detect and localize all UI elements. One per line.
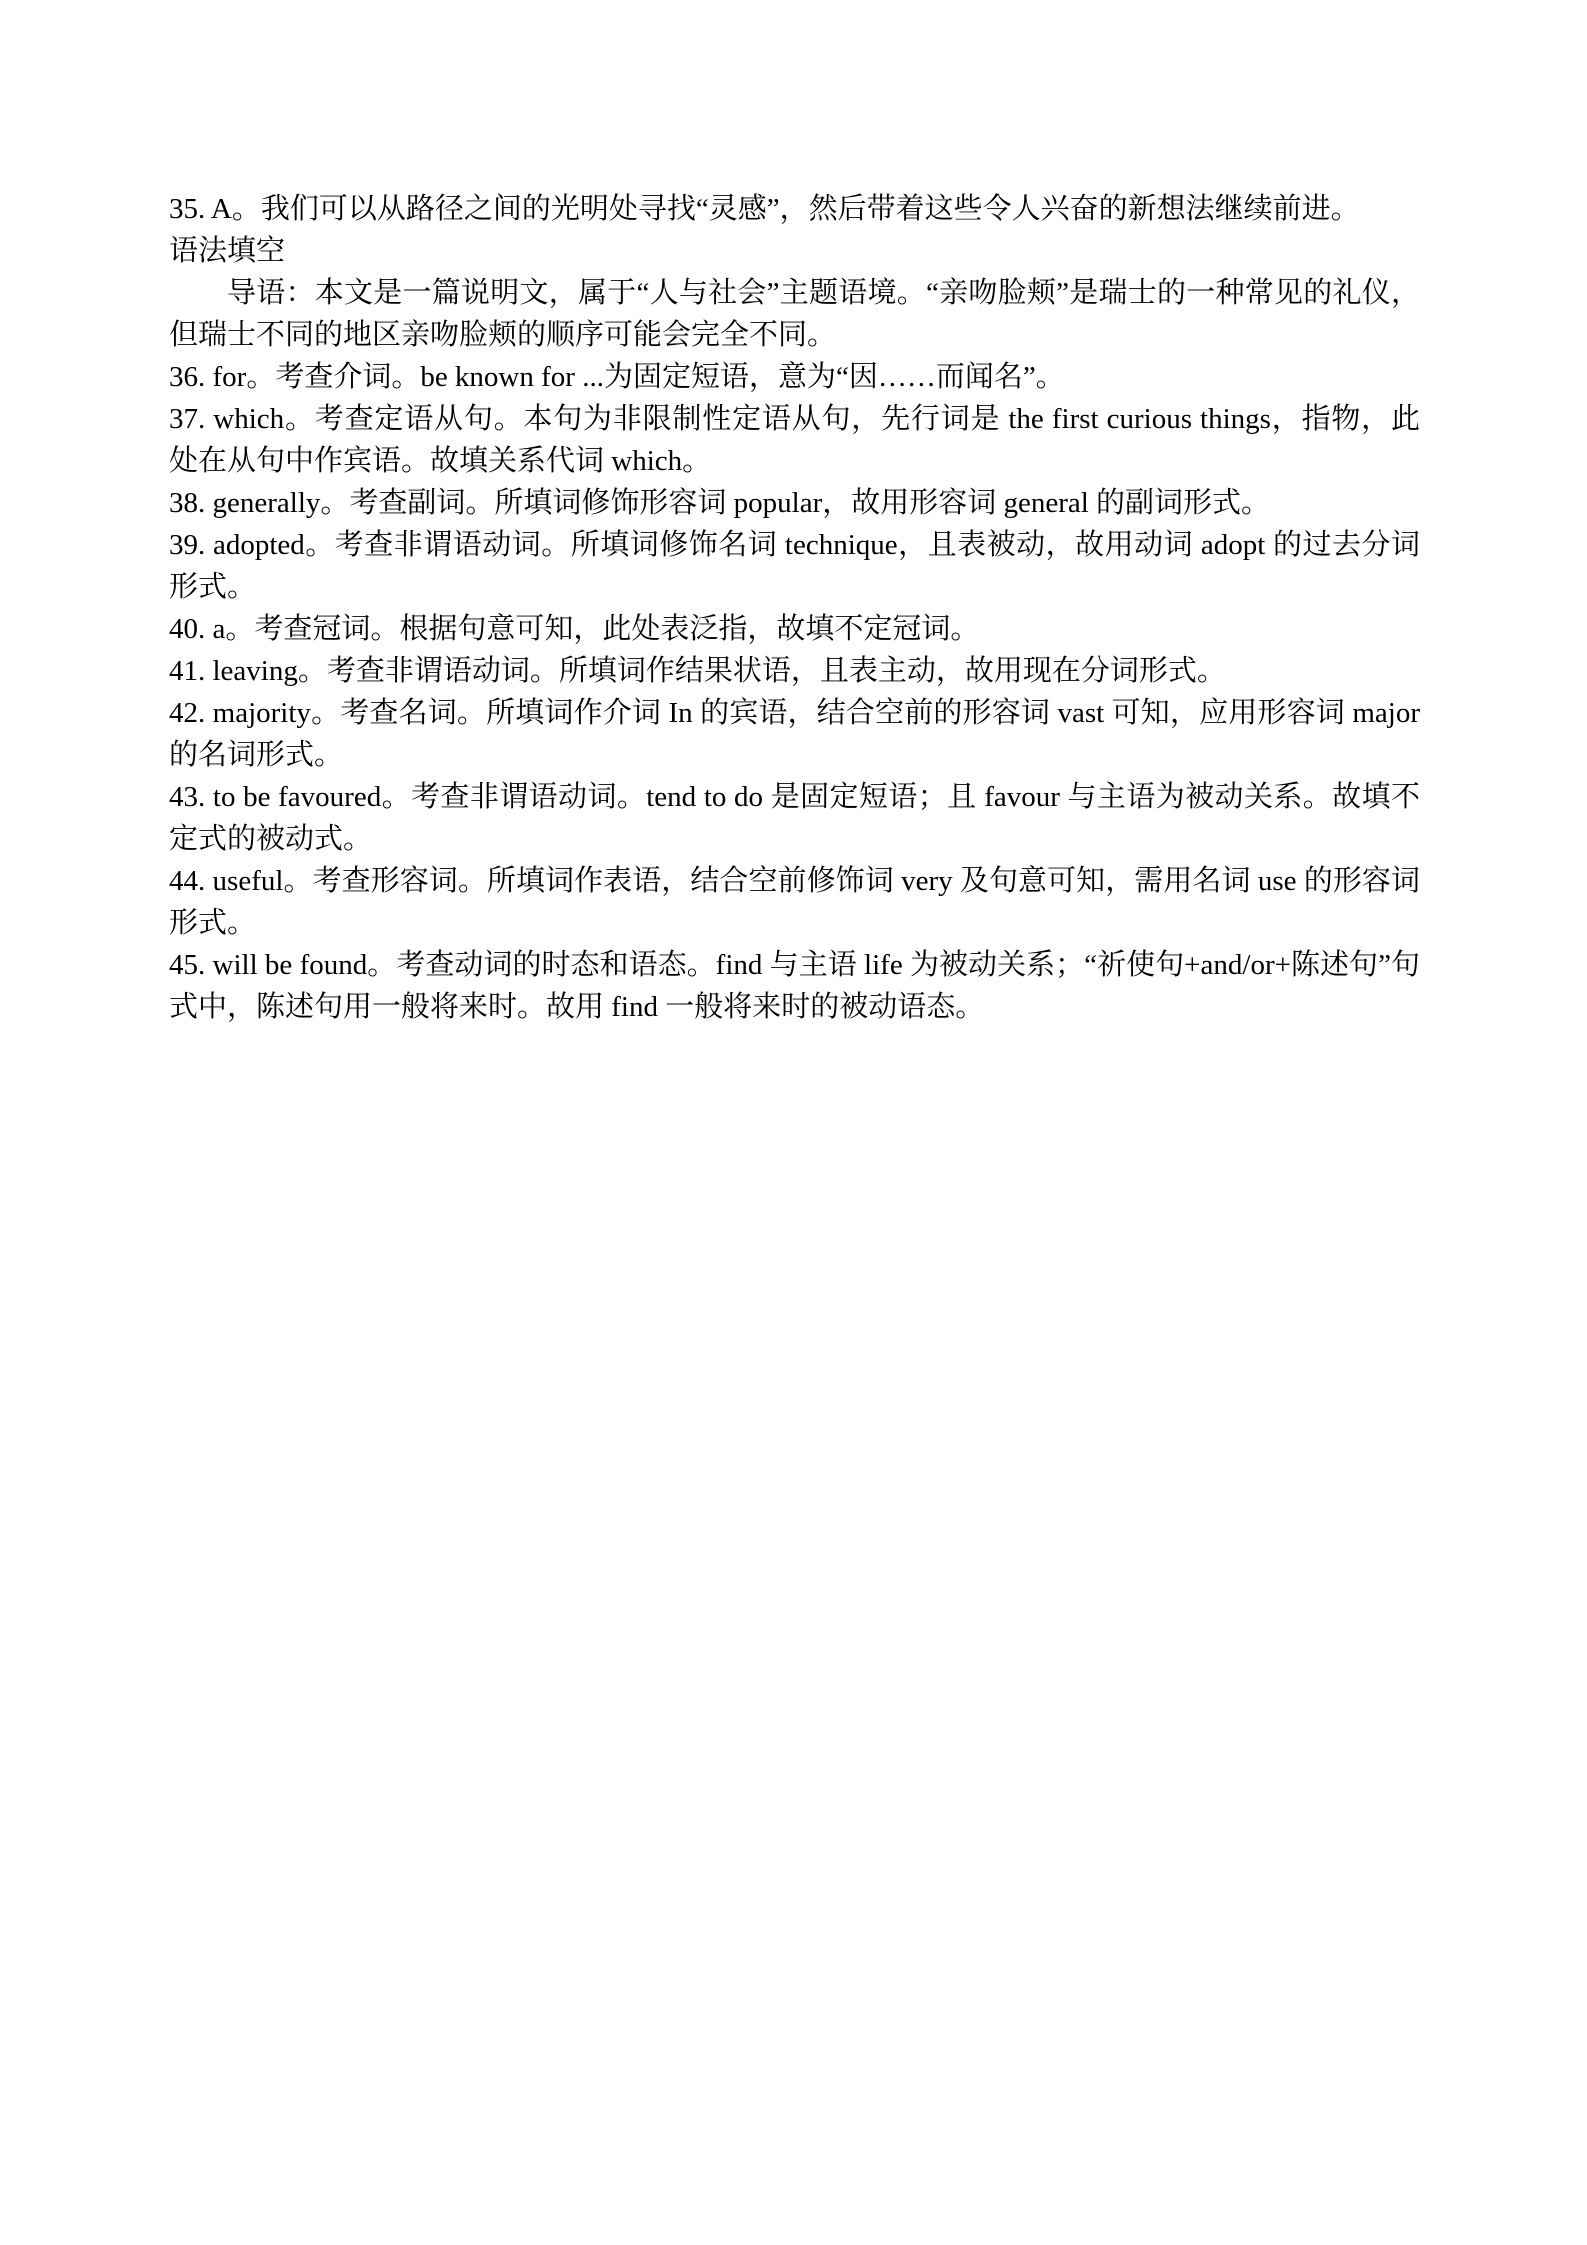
paragraph: 36. for。考查介词。be known for ...为固定短语，意为“因……: [169, 356, 1420, 398]
answer-explanations-text: 35. A。我们可以从路径之间的光明处寻找“灵感”，然后带着这些令人兴奋的新想法…: [169, 188, 1420, 1028]
paragraph: 35. A。我们可以从路径之间的光明处寻找“灵感”，然后带着这些令人兴奋的新想法…: [169, 188, 1420, 230]
paragraph: 41. leaving。考查非谓语动词。所填词作结果状语，且表主动，故用现在分词…: [169, 650, 1420, 692]
paragraph: 语法填空: [169, 230, 1420, 272]
document-page: 35. A。我们可以从路径之间的光明处寻找“灵感”，然后带着这些令人兴奋的新想法…: [0, 0, 1587, 2245]
paragraph: 导语：本文是一篇说明文，属于“人与社会”主题语境。“亲吻脸颊”是瑞士的一种常见的…: [169, 272, 1420, 356]
paragraph: 45. will be found。考查动词的时态和语态。find 与主语 li…: [169, 944, 1420, 1028]
paragraph: 44. useful。考查形容词。所填词作表语，结合空前修饰词 very 及句意…: [169, 860, 1420, 944]
paragraph: 37. which。考查定语从句。本句为非限制性定语从句，先行词是 the fi…: [169, 398, 1420, 482]
paragraph: 40. a。考查冠词。根据句意可知，此处表泛指，故填不定冠词。: [169, 608, 1420, 650]
paragraph: 38. generally。考查副词。所填词修饰形容词 popular，故用形容…: [169, 482, 1420, 524]
paragraph: 42. majority。考查名词。所填词作介词 In 的宾语，结合空前的形容词…: [169, 692, 1420, 776]
paragraph: 39. adopted。考查非谓语动词。所填词修饰名词 technique，且表…: [169, 524, 1420, 608]
paragraph: 43. to be favoured。考查非谓语动词。tend to do 是固…: [169, 776, 1420, 860]
